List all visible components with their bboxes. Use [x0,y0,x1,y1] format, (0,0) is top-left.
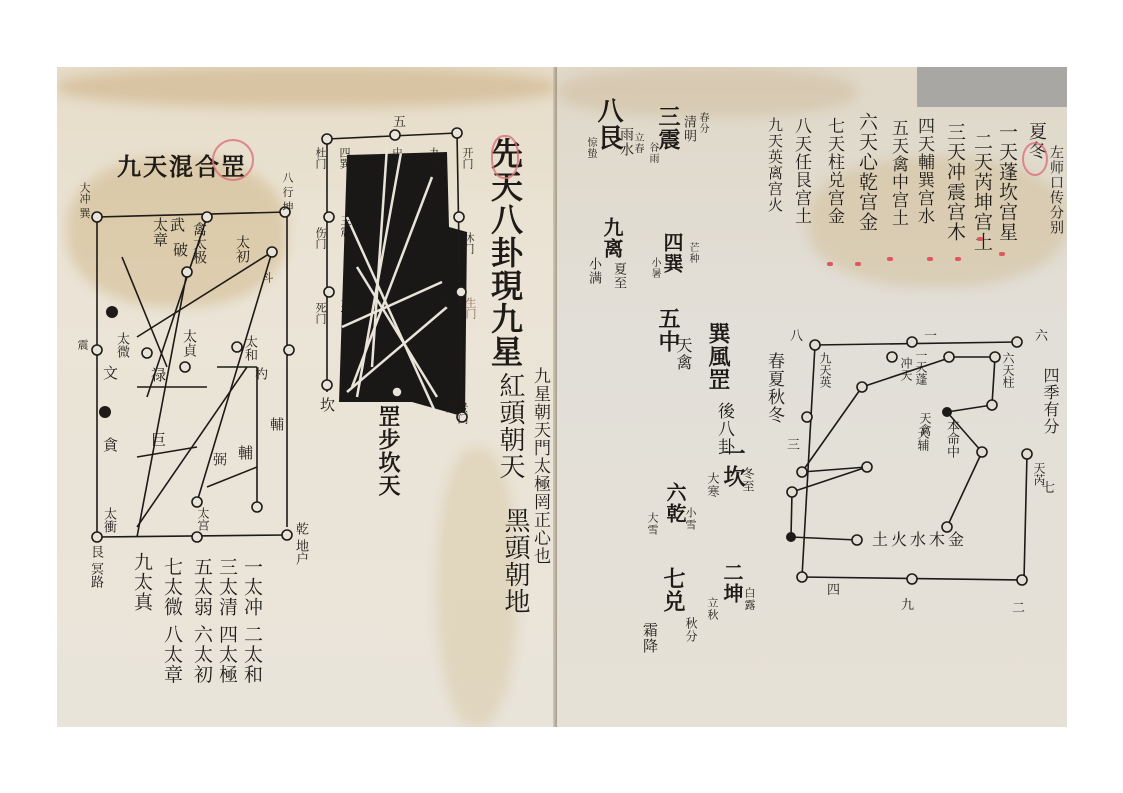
red-circle-mark [491,135,519,179]
palace-label: 本命中 [945,419,958,458]
left-page: 九天混合罡 [57,67,557,727]
corner-number: 二 [1012,597,1025,616]
subtitle-red-heads: 紅頭朝天 [497,372,523,480]
corner-number: 三 [787,434,800,453]
trigram-label: 九乾 [429,147,440,169]
diagram3-lines [557,67,1067,727]
trigram-label: 四巽 [339,147,350,169]
trigram-label: 七兑 [435,207,446,229]
center-label: 中 [390,147,400,157]
corner-number: 一 [924,325,937,344]
palace-label: 六天柱 [1002,352,1014,388]
palace-label: 一天蓬 [915,349,927,385]
trigram-label: 九离 [443,387,456,413]
diagram2-caption: 罡步坎天 [377,405,399,497]
palace-label: 天禽 [919,412,931,436]
right-page: 夏冬 左师口传分别 一天蓬坎宫星 二天芮坤宫土 三天冲震宫木 四天輔巽宫水 五天… [557,67,1067,727]
subtitle-black-heads: 黑頭朝地 [502,507,528,615]
diagram3-right-note: 四季有分 [1042,367,1058,435]
gate-label: 开门 [462,147,473,169]
gate-label: 景门 [457,402,468,424]
diagram2-drawing [57,67,557,727]
corner-number: 六 [1035,325,1048,344]
corner-number: 四 [827,579,840,598]
trigram-label: 三震 [340,215,351,237]
corner-number: 九 [901,594,914,613]
gate-label: 生门 [465,297,476,319]
palace-label: 九天英 [819,352,831,388]
gate-label: 伤门 [315,227,326,249]
gate-label: 杜门 [315,147,326,169]
note-column: 九星朝天門太極罔正心也 [531,367,548,565]
trigram-label: 坎 [319,397,334,412]
five-elements: 土火水木金 [872,527,967,550]
manuscript-spread: 九天混合罡 [57,67,1067,727]
gate-label: 死门 [315,302,326,324]
palace-label: 冲天 [900,357,912,381]
palace-label: 天芮 [1033,462,1045,486]
gate-label: 休门 [463,232,474,254]
trigram-label: 八艮 [439,287,450,309]
trigram-label: 二坤 [340,292,351,314]
corner-number: 八 [790,325,803,344]
